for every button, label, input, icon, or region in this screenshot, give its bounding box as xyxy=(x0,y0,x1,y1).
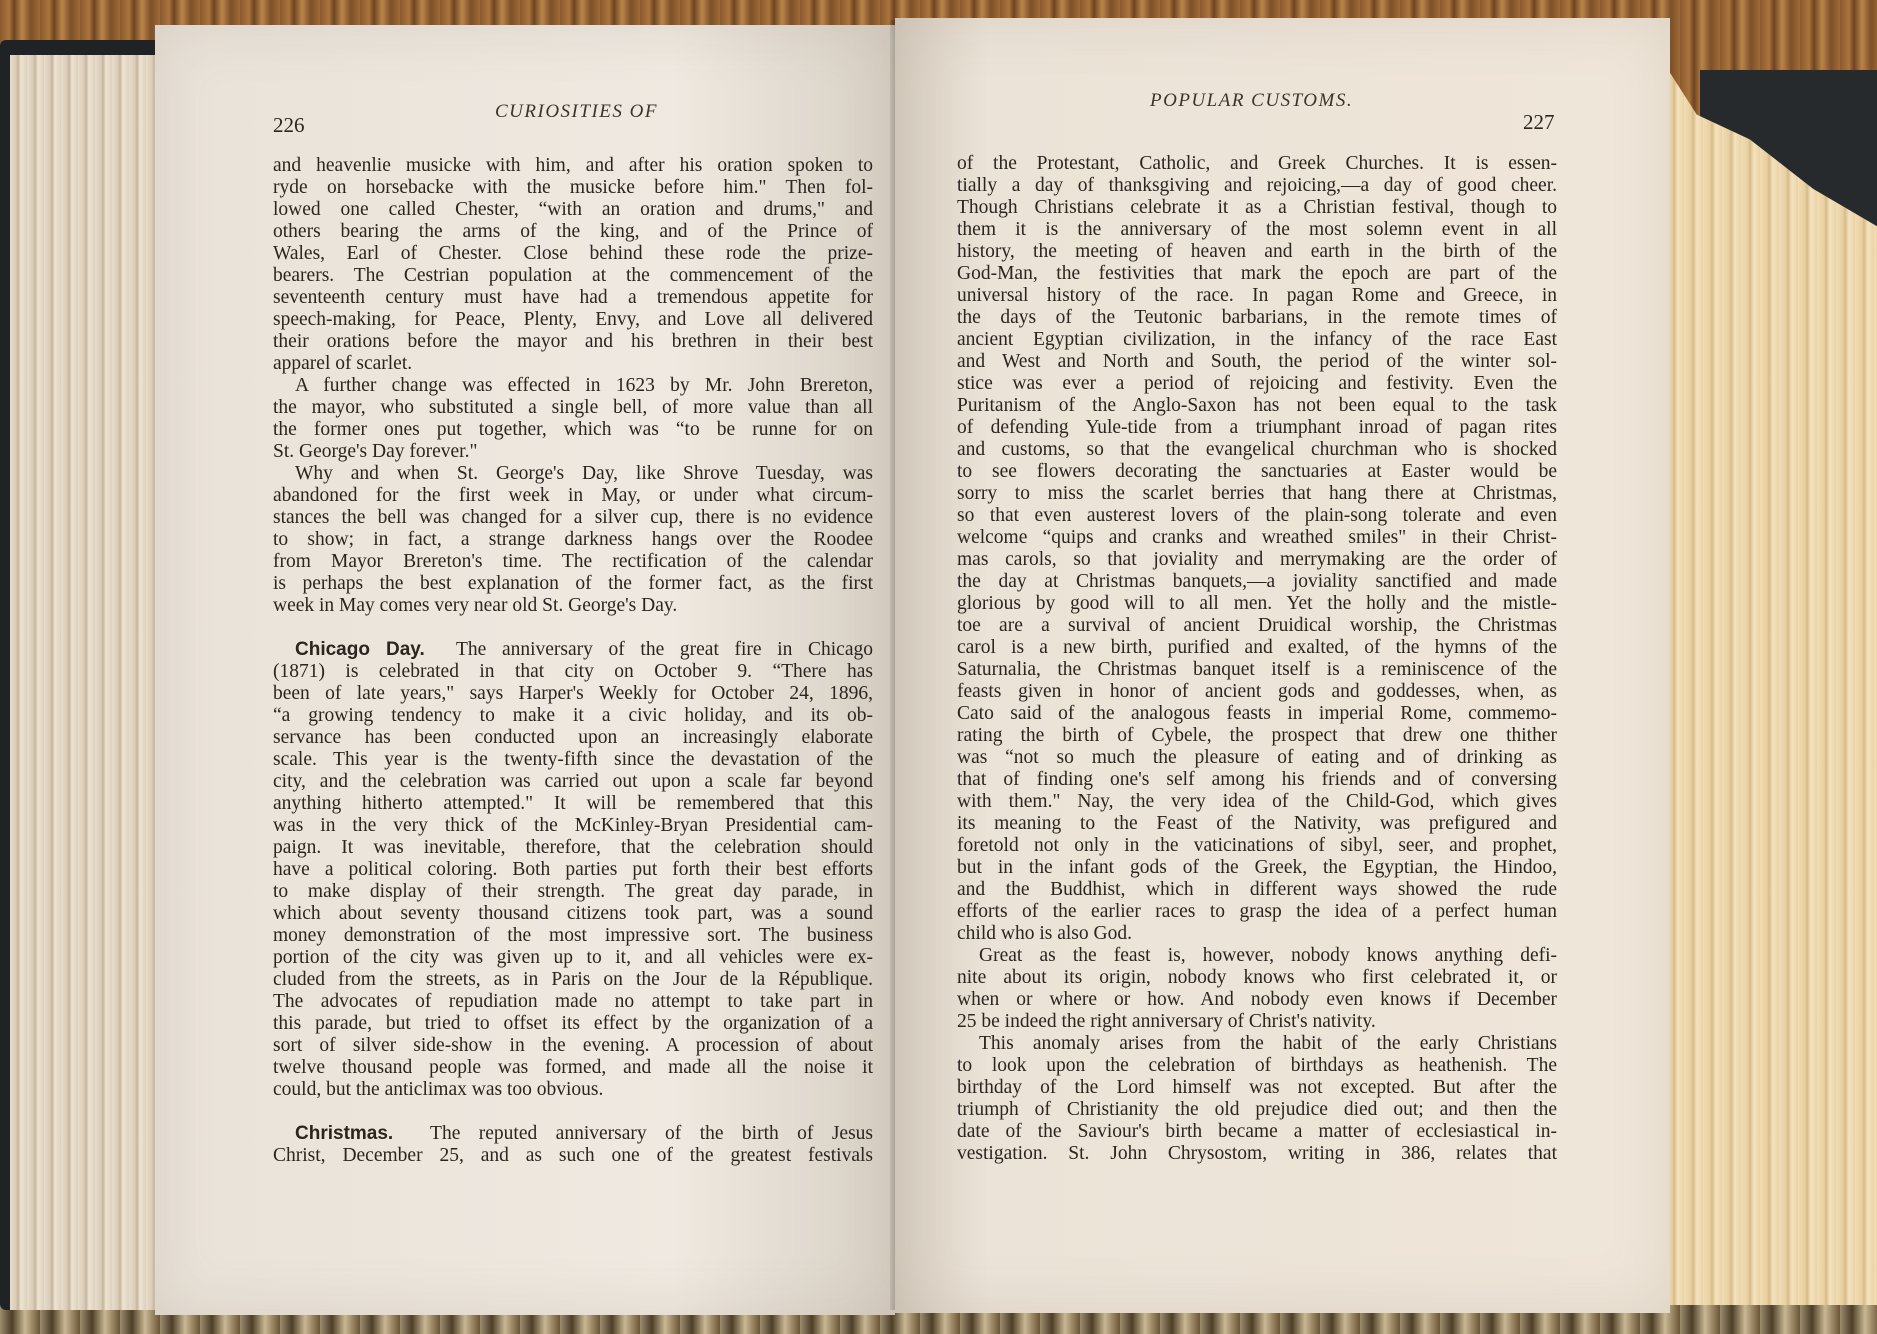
entry-heading: Christmas. xyxy=(295,1123,393,1144)
paragraph: This anomaly arises from the habit of th… xyxy=(957,1033,1557,1165)
paragraph: of the Protestant, Catholic, and Greek C… xyxy=(957,153,1557,945)
entry-christmas: Christmas. The reputed anniversary of th… xyxy=(273,1123,873,1167)
running-head: CURIOSITIES OF xyxy=(495,101,658,123)
left-page: 226 CURIOSITIES OF and heavenlie musicke… xyxy=(155,25,895,1315)
entry-heading: Chicago Day. xyxy=(295,639,425,660)
right-page-text: of the Protestant, Catholic, and Greek C… xyxy=(957,153,1557,1165)
page-number: 226 xyxy=(273,113,305,138)
paragraph: and heavenlie musicke with him, and afte… xyxy=(273,155,873,375)
paragraph: Why and when St. George's Day, like Shro… xyxy=(273,463,873,617)
right-page: POPULAR CUSTOMS. 227 of the Protestant, … xyxy=(895,18,1670,1313)
running-head: POPULAR CUSTOMS. xyxy=(1150,90,1353,112)
page-number: 227 xyxy=(1523,110,1555,135)
left-page-text: and heavenlie musicke with him, and afte… xyxy=(273,155,873,1167)
paragraph: A further change was effected in 1623 by… xyxy=(273,375,873,463)
entry-chicago-day: Chicago Day. The anniversary of the grea… xyxy=(273,639,873,1101)
page-edges-left xyxy=(10,55,155,1310)
page-edges-right xyxy=(1665,65,1877,1305)
paragraph: Great as the feast is, however, nobody k… xyxy=(957,945,1557,1033)
